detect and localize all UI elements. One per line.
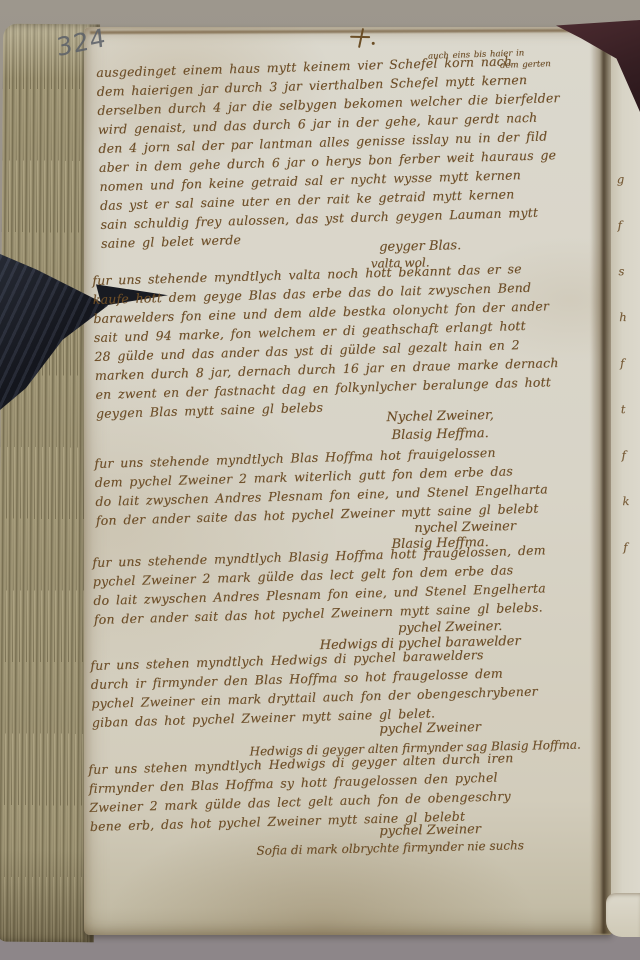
book-gutter-crease — [590, 28, 612, 934]
entry-3-paragraph: fur uns stehende myndtlych Blas Hoffma h… — [94, 441, 549, 530]
cross-mark-icon — [347, 27, 374, 51]
entry-1-paragraph: ausgedinget einem haus mytt keinem vier … — [96, 50, 564, 253]
cross-horizontal-stroke — [350, 36, 370, 38]
facing-page-bottom-corner — [606, 893, 640, 937]
entry-5-paragraph: fur uns stehen myndtlych Hedwigs di pych… — [90, 644, 539, 732]
entry-4-paragraph: fur uns stehende myndtlych Blasig Hoffma… — [92, 540, 548, 629]
manuscript-photo: { "page_number": "324", "icons": { "quir… — [0, 0, 640, 960]
entry-2-paragraph: fur uns stehende myndtlych valta noch ho… — [92, 258, 560, 423]
